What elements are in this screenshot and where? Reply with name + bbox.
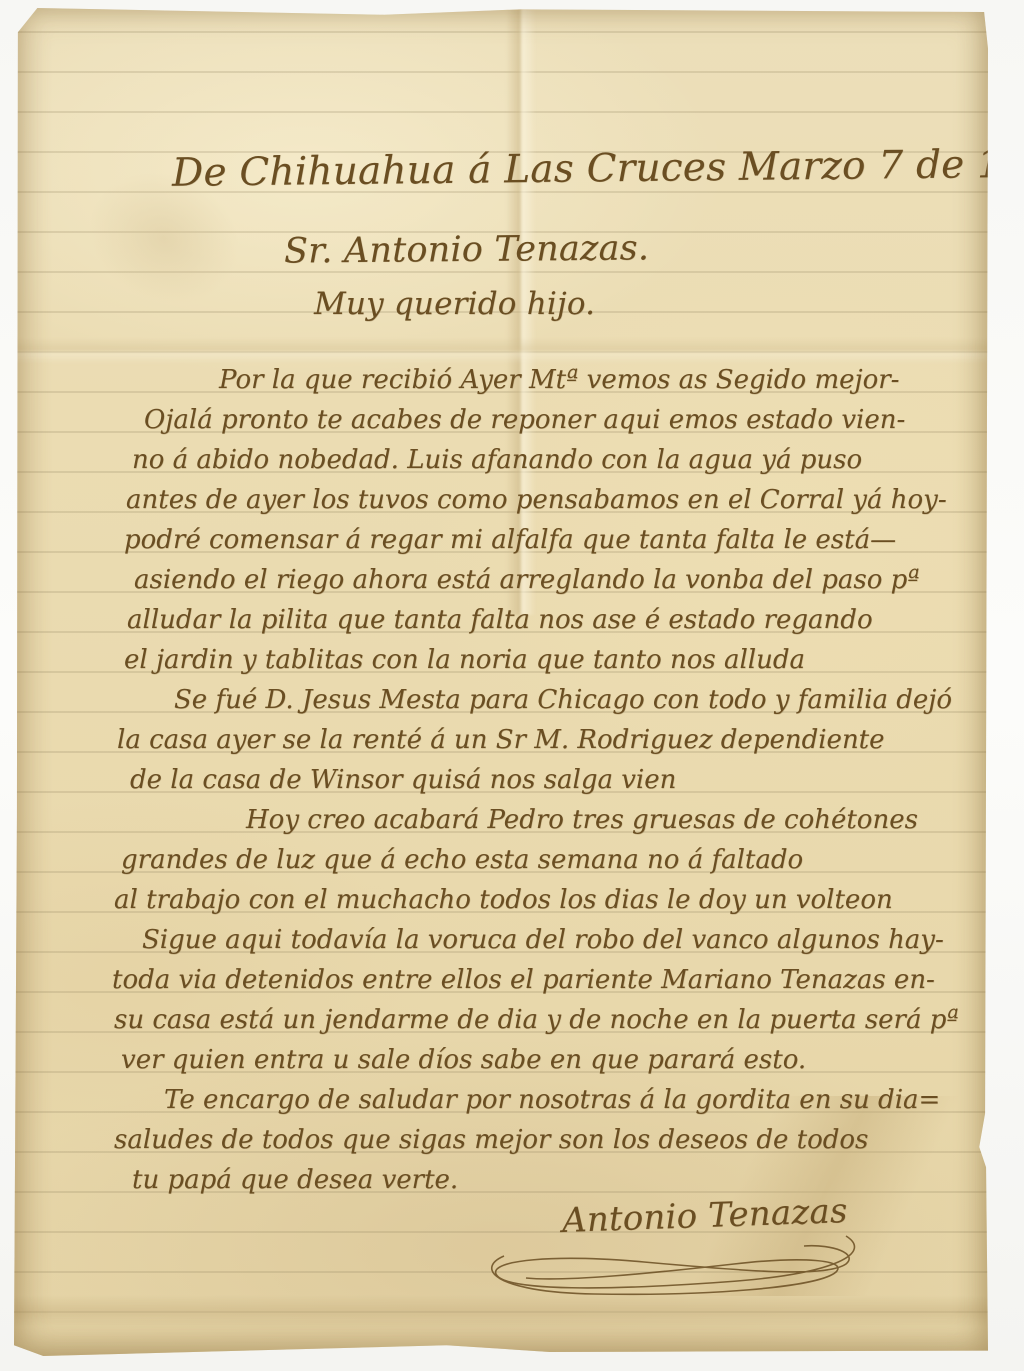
letter-page: De Chihuahua á Las Cruces Marzo 7 de 190… — [14, 8, 988, 1356]
letter-recipient: Sr. Antonio Tenazas. — [284, 228, 649, 271]
letter-line: de la casa de Winsor quisá nos salga vie… — [130, 760, 982, 800]
letter-line: podré comensar á regar mi alfalfa que ta… — [124, 520, 982, 560]
letter-salutation: Muy querido hijo. — [314, 286, 595, 322]
letter-line: Sigue aqui todavía la voruca del robo de… — [142, 920, 982, 960]
letter-line: tu papá que desea verte. — [132, 1160, 982, 1200]
letter-body: Por la que recibió Ayer Mtª vemos as Seg… — [14, 360, 982, 1200]
scan-background: De Chihuahua á Las Cruces Marzo 7 de 190… — [0, 0, 1024, 1371]
letter-dateline: De Chihuahua á Las Cruces Marzo 7 de 190… — [172, 141, 1024, 196]
letter-line: Ojalá pronto te acabes de reponer aqui e… — [144, 400, 982, 440]
letter-line: asiendo el riego ahora está arreglando l… — [134, 560, 982, 600]
letter-line: Hoy creo acabará Pedro tres gruesas de c… — [246, 800, 982, 840]
letter-line: grandes de luz que á echo esta semana no… — [121, 840, 982, 880]
letter-line: saludes de todos que sigas mejor son los… — [114, 1120, 982, 1160]
letter-line: Por la que recibió Ayer Mtª vemos as Seg… — [219, 360, 982, 400]
letter-line: toda via detenidos entre ellos el parien… — [112, 960, 982, 1000]
letter-line: su casa está un jendarme de dia y de noc… — [114, 1000, 982, 1040]
signature-flourish-icon — [474, 1230, 874, 1310]
letter-line: Se fué D. Jesus Mesta para Chicago con t… — [174, 680, 982, 720]
letter-line: antes de ayer los tuvos como pensabamos … — [126, 480, 982, 520]
letter-line: al trabajo con el muchacho todos los dia… — [114, 880, 982, 920]
horizontal-fold-crease-lower — [14, 1296, 988, 1326]
letter-line: el jardin y tablitas con la noria que ta… — [124, 640, 982, 680]
letter-line: la casa ayer se la renté á un Sr M. Rodr… — [117, 720, 982, 760]
letter-line: ver quien entra u sale díos sabe en que … — [121, 1040, 982, 1080]
signature-name: Antonio Tenazas — [561, 1191, 848, 1241]
letter-line: alludar la pilita que tanta falta nos as… — [127, 600, 982, 640]
letter-line: Te encargo de saludar por nosotras á la … — [164, 1080, 982, 1120]
letter-line: no á abido nobedad. Luis afanando con la… — [132, 440, 982, 480]
